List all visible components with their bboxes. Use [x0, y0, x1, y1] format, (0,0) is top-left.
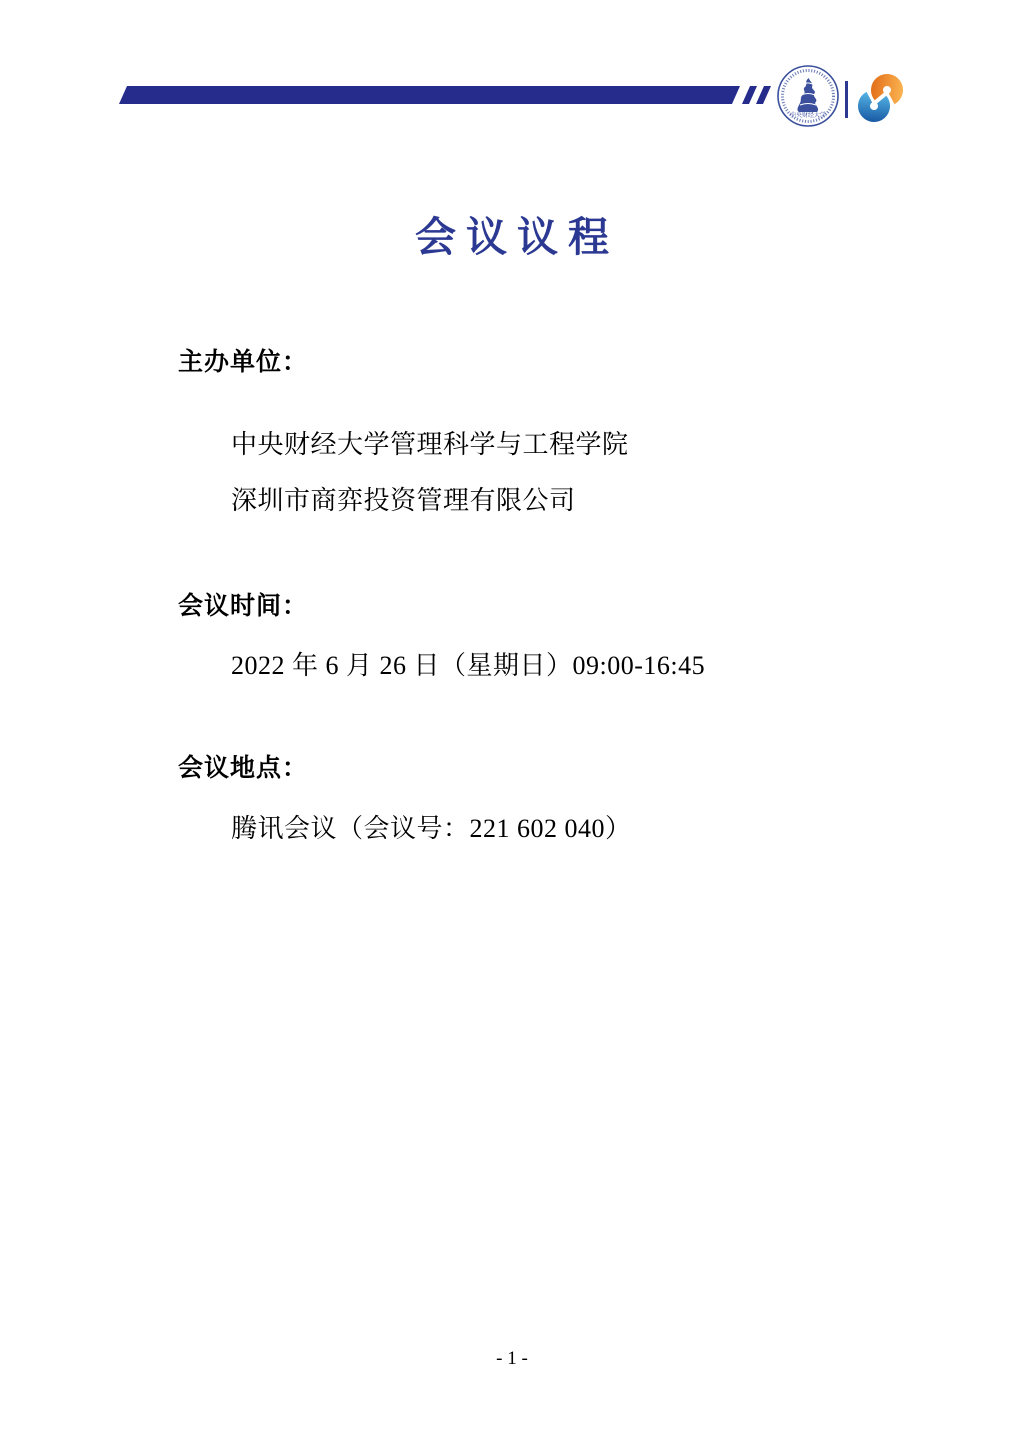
seal-text: 中央财经大学 [790, 111, 826, 119]
agenda-page: 中央财经大学 会议议程 主办单位： 中央财经大学管理科学与工程学院 深圳市商弈投… [0, 0, 1024, 1448]
host-organization-line: 深圳市商弈投资管理有限公司 [231, 480, 576, 517]
section-heading-place: 会议地点： [178, 748, 308, 784]
header-slash-icon [742, 86, 757, 104]
meeting-time-line: 2022 年 6 月 26 日（星期日）09:00-16:45 [231, 645, 705, 682]
header-accent-bar [119, 86, 740, 104]
host-organization-line: 中央财经大学管理科学与工程学院 [231, 424, 629, 461]
university-seal-icon: 中央财经大学 [776, 63, 840, 129]
logo-divider [845, 81, 848, 118]
header-slash-icon [756, 86, 771, 104]
page-title: 会议议程 [0, 204, 1024, 263]
meeting-place-line: 腾讯会议（会议号：221 602 040） [231, 808, 632, 845]
company-logo-icon [857, 72, 905, 126]
section-heading-time: 会议时间： [178, 586, 308, 622]
section-heading-host: 主办单位： [178, 342, 308, 378]
page-number: - 1 - [0, 1348, 1024, 1370]
